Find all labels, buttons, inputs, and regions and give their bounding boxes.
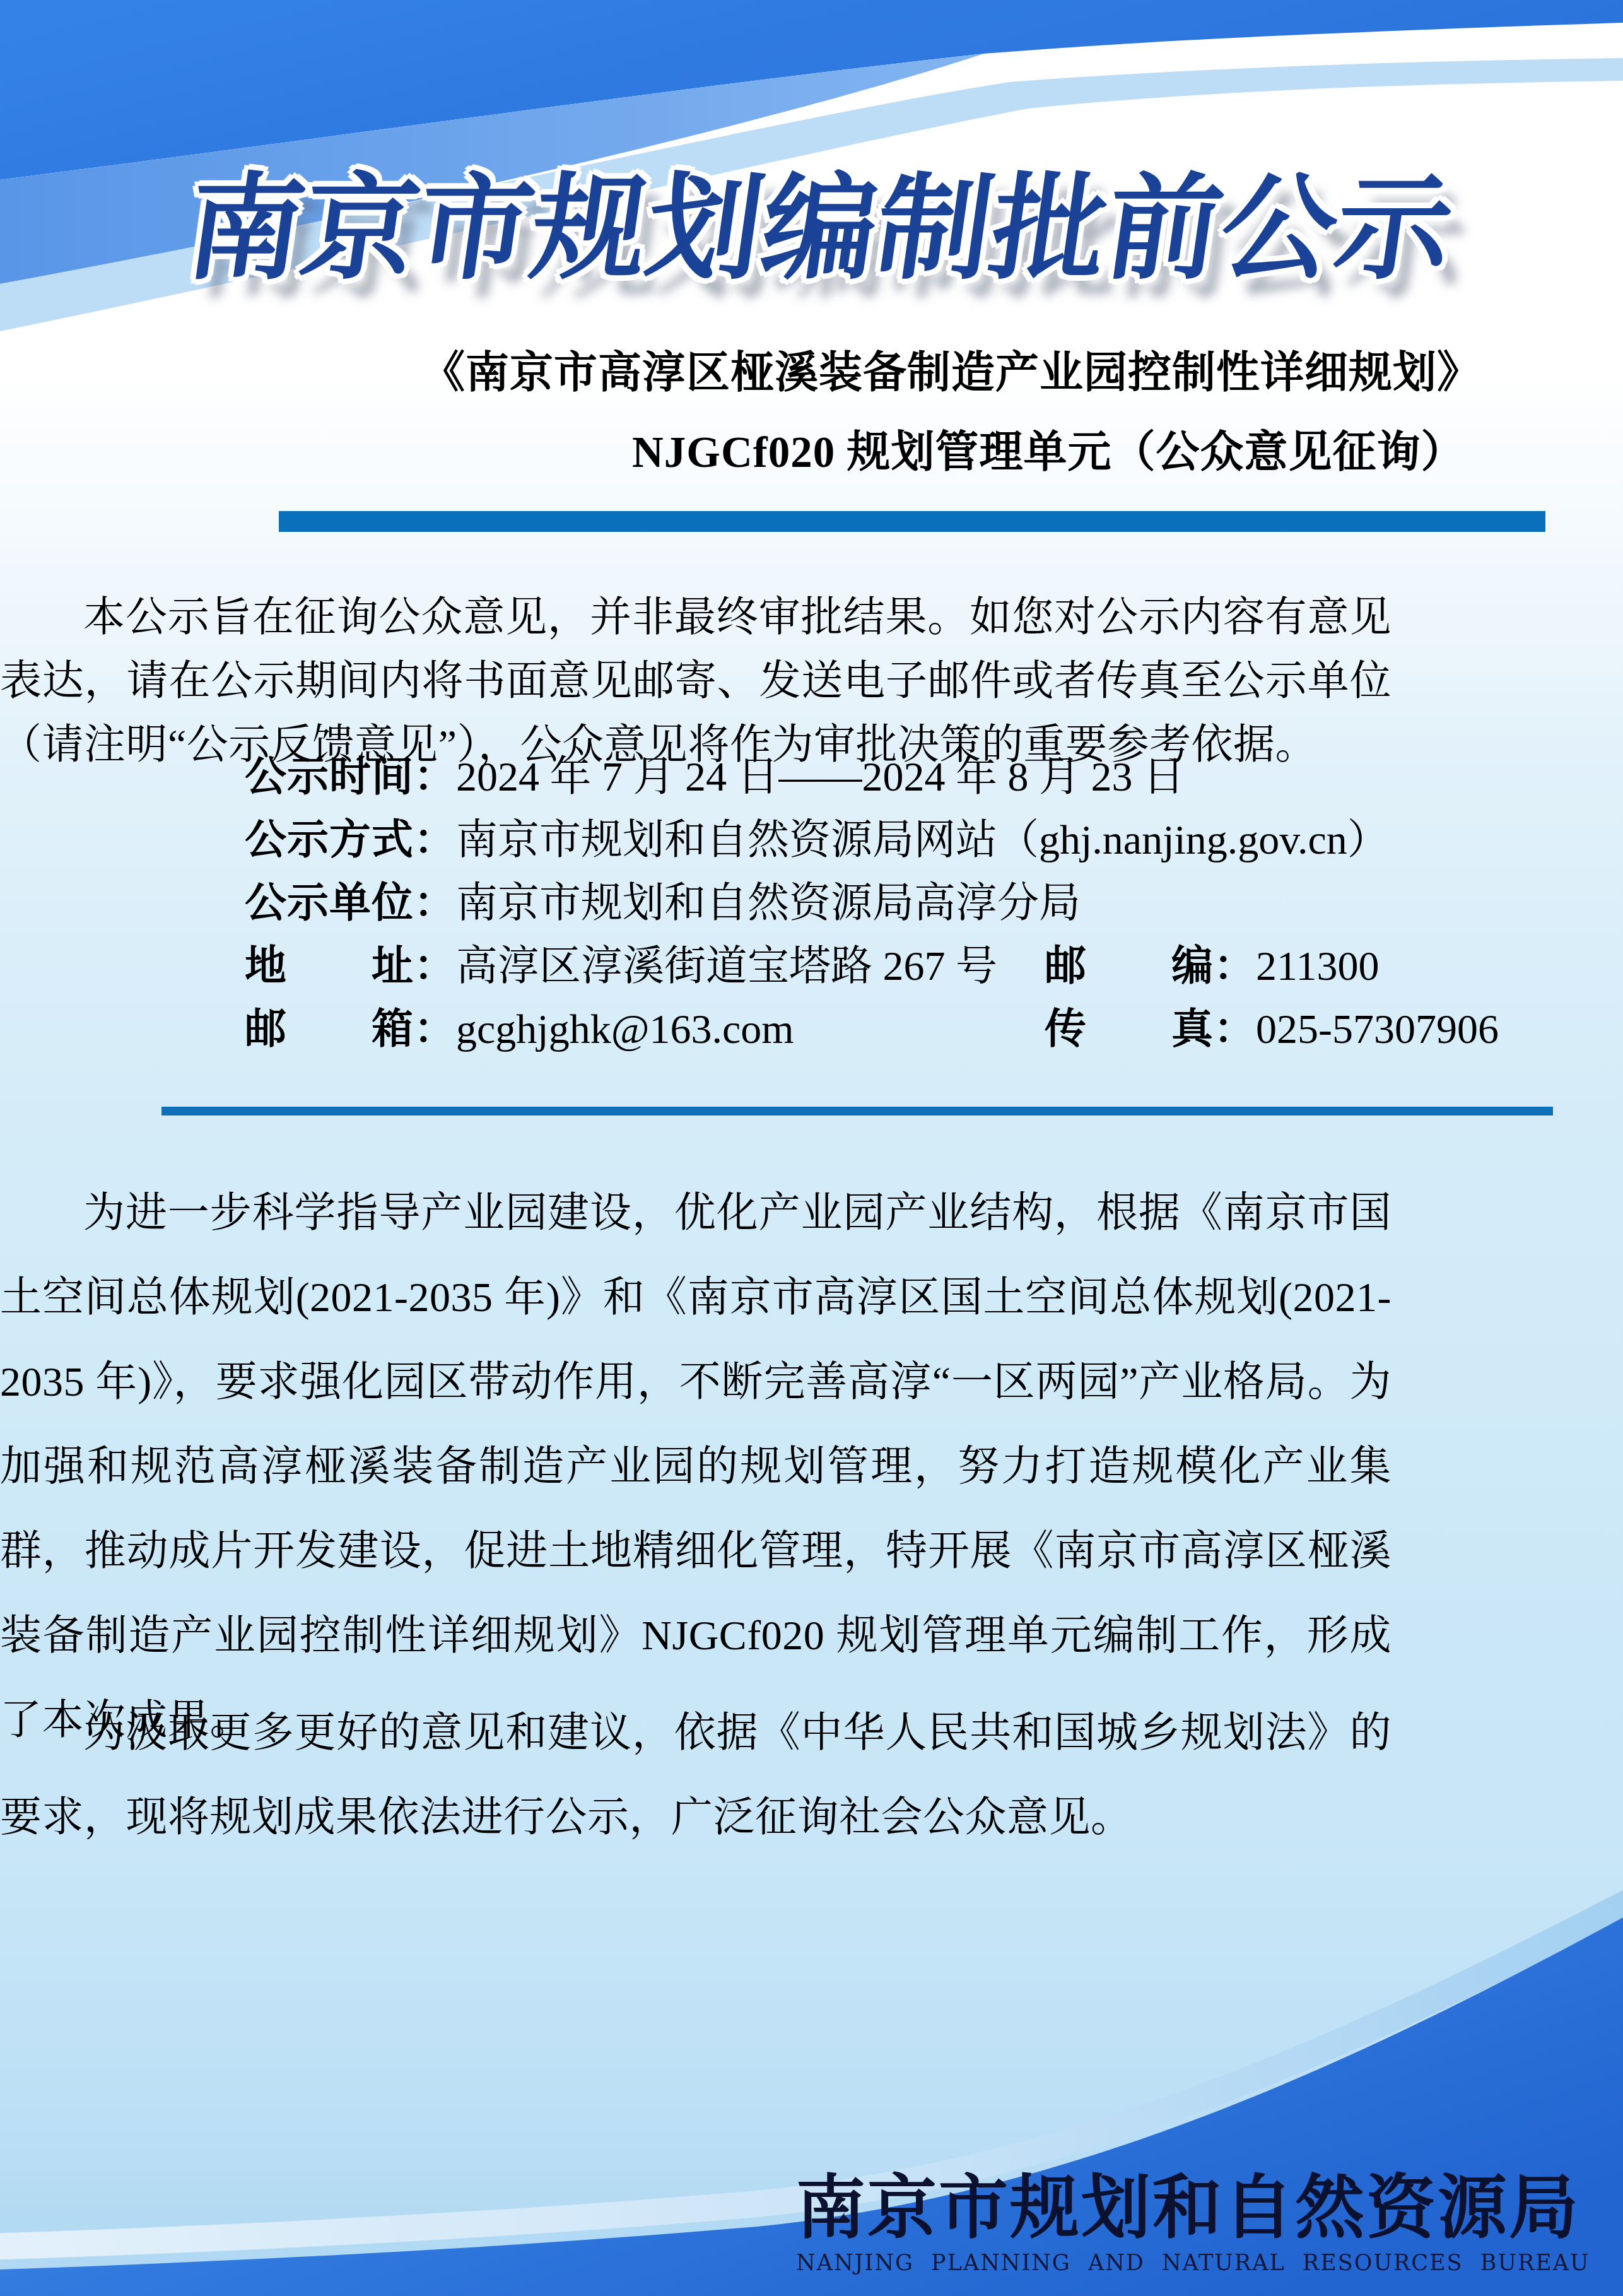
address-label: 地 址： <box>245 942 456 989</box>
plan-name-subtitle: 《南京市高淳区桠溪装备制造产业园控制性详细规划》 <box>421 348 1481 398</box>
zip-label: 邮 编： <box>1045 942 1256 989</box>
publicity-org-value: 南京市规划和自然资源局高淳分局 <box>456 880 1081 926</box>
zip-column: 邮 编：211300 <box>1045 934 1380 998</box>
notice-poster: 南京市规划编制批前公示 《南京市高淳区桠溪装备制造产业园控制性详细规划》 NJG… <box>0 0 1623 2296</box>
bureau-name-chinese: 南京市规划和自然资源局 <box>796 2169 1553 2246</box>
bureau-name-english: NANJING PLANNING AND NATURAL RESOURCES B… <box>796 2251 1553 2276</box>
publicity-method-row: 公示方式：南京市规划和自然资源局网站（ghj.nanjing.gov.cn） <box>161 808 1553 871</box>
email-fax-row: 邮 箱：gcghjghk@163.com 传 真：025-57307906 <box>161 997 1553 1060</box>
publicity-org-row: 公示单位：南京市规划和自然资源局高淳分局 <box>161 871 1553 934</box>
unit-code-subtitle: NJGCf020 规划管理单元（公众意见征询） <box>632 428 1465 478</box>
banner-title: 南京市规划编制批前公示 <box>160 156 1480 300</box>
publicity-time-label: 公示时间： <box>245 753 456 799</box>
publicity-info-block: 公示时间：2024 年 7 月 24 日——2024 年 8 月 23 日 公示… <box>161 745 1553 1060</box>
publicity-org-label: 公示单位： <box>245 879 456 926</box>
publicity-time-row: 公示时间：2024 年 7 月 24 日——2024 年 8 月 23 日 <box>161 745 1553 808</box>
email-value: gcghjghk@163.com <box>456 1006 794 1052</box>
email-label: 邮 箱： <box>245 1005 456 1052</box>
publicity-time-value: 2024 年 7 月 24 日——2024 年 8 月 23 日 <box>456 754 1185 800</box>
publicity-method-value: 南京市规划和自然资源局网站（ghj.nanjing.gov.cn） <box>456 817 1389 863</box>
section-divider-bar <box>161 1107 1553 1116</box>
fax-label: 传 真： <box>1045 1005 1256 1052</box>
address-zip-row: 地 址：高淳区淳溪街道宝塔路 267 号 邮 编：211300 <box>161 934 1553 997</box>
fax-value: 025-57307906 <box>1256 1006 1499 1052</box>
subtitle-underline-bar <box>279 511 1545 532</box>
publicity-method-label: 公示方式： <box>245 816 456 862</box>
address-value: 高淳区淳溪街道宝塔路 267 号 <box>456 943 997 989</box>
zip-value: 211300 <box>1256 943 1380 989</box>
public-consultation-paragraph: 为汲取更多更好的意见和建议，依据《中华人民共和国城乡规划法》的要求，现将规划成果… <box>0 1691 1392 1860</box>
plan-background-paragraph: 为进一步科学指导产业园建设，优化产业园产业结构，根据《南京市国土空间总体规划(2… <box>0 1171 1392 1763</box>
fax-column: 传 真：025-57307906 <box>1045 997 1499 1061</box>
